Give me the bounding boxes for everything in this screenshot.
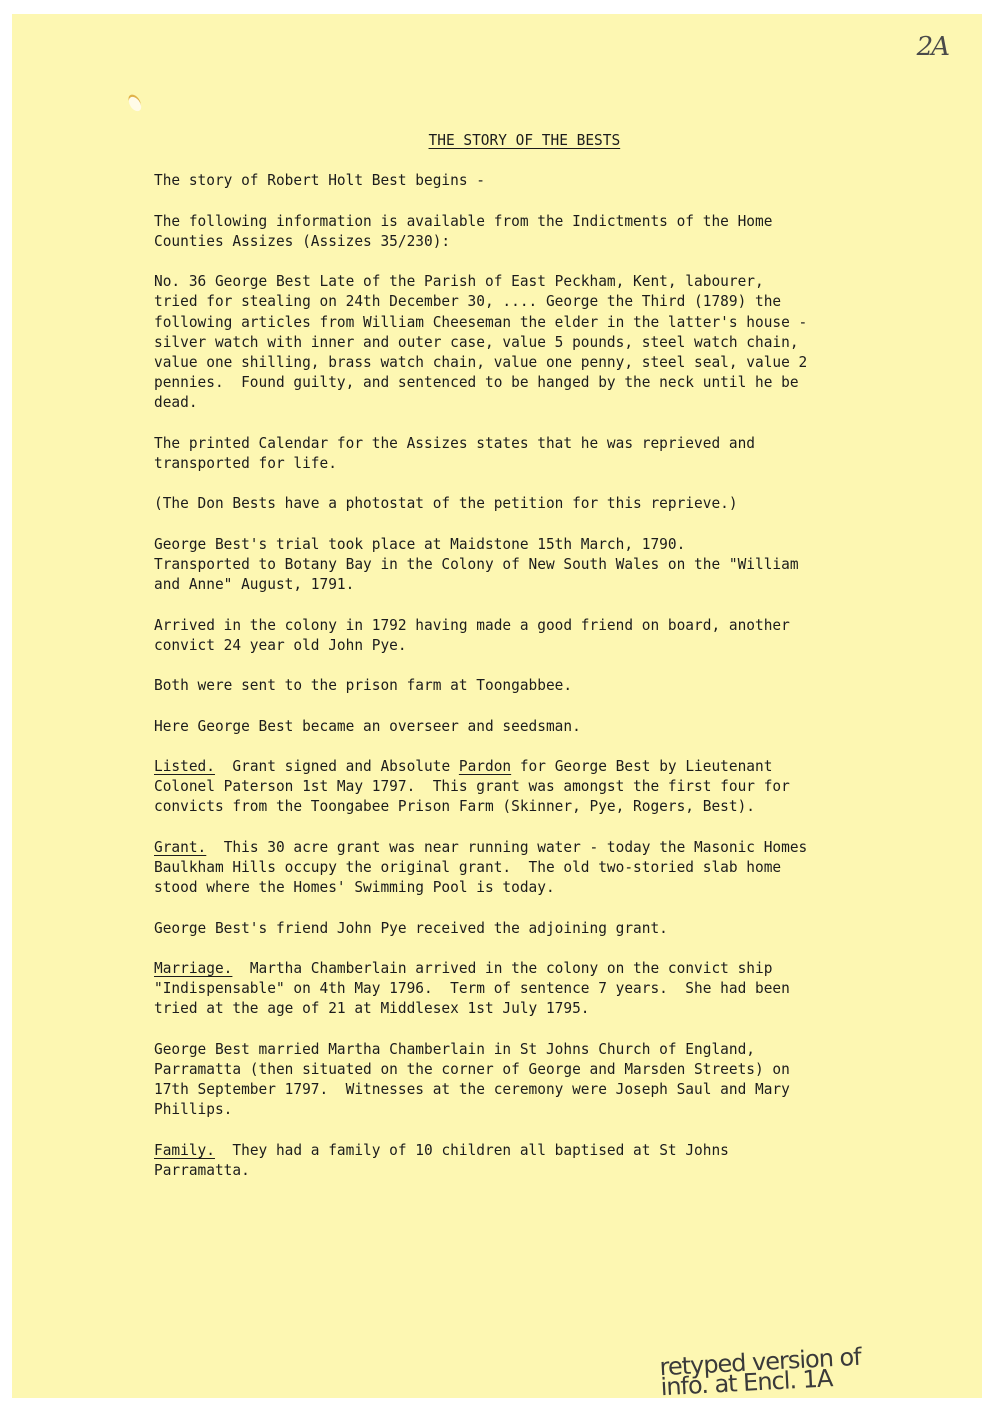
paragraph-arrival: Arrived in the colony in 1792 having mad… [154,615,878,655]
paragraph-john-pye-grant: George Best's friend John Pye received t… [154,918,878,938]
paragraph-grant: Grant. This 30 acre grant was near runni… [154,837,878,898]
paragraph-prison-farm: Both were sent to the prison farm at Too… [154,675,878,695]
paragraph-indictment-no36: No. 36 George Best Late of the Parish of… [154,271,878,412]
document-body: THE STORY OF THE BESTS The story of Robe… [154,130,878,1200]
heading-marriage: Marriage. [154,959,232,977]
paragraph-trial: George Best's trial took place at Maidst… [154,534,878,595]
paragraph-overseer: Here George Best became an overseer and … [154,716,878,736]
paragraph-indictments-source: The following information is available f… [154,211,878,251]
paragraph-listed: Listed. Grant signed and Absolute Pardon… [154,756,878,817]
paragraph-photostat: (The Don Bests have a photostat of the p… [154,493,878,513]
handwritten-note: retyped version of info. at Encl. 1A [659,1347,862,1397]
underlined-pardon: Pardon [459,757,511,775]
paragraph-family: Family. They had a family of 10 children… [154,1140,878,1180]
paragraph-intro: The story of Robert Holt Best begins - [154,170,878,190]
page-number-annotation: 2A [917,32,948,62]
heading-grant: Grant. [154,838,206,856]
heading-family: Family. [154,1141,215,1159]
heading-listed: Listed. [154,757,215,775]
paragraph-calendar: The printed Calendar for the Assizes sta… [154,433,878,473]
paragraph-wedding: George Best married Martha Chamberlain i… [154,1039,878,1120]
paragraph-marriage: Marriage. Martha Chamberlain arrived in … [154,958,878,1019]
paper-blemish [126,95,143,114]
document-title: THE STORY OF THE BESTS [154,130,878,150]
